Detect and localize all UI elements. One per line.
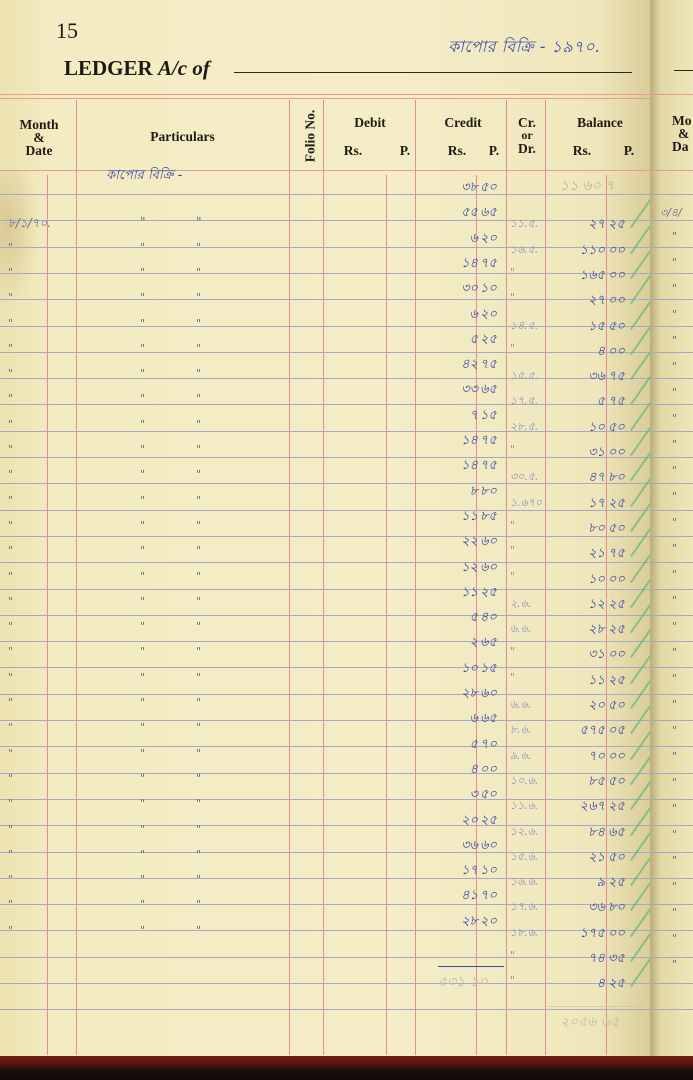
- cell-part2: ": [196, 772, 201, 785]
- balance-total-pencil: ২০৫৬ ৬৫: [560, 1010, 619, 1034]
- ruled-line: [0, 404, 650, 405]
- header-month-date: Month & Date: [10, 118, 68, 157]
- check-tick-icon: [630, 377, 650, 406]
- cell-part1: ": [140, 823, 145, 836]
- cell-part2: ": [196, 645, 201, 658]
- next-page-date: ": [672, 646, 677, 659]
- ruled-line: [0, 326, 650, 327]
- check-tick-icon: [630, 554, 650, 583]
- cell-credit-rs: ২০: [461, 811, 478, 832]
- cell-crdr: ৮.৬.: [510, 721, 531, 740]
- cell-part1: ": [140, 570, 145, 583]
- ruled-line: [650, 878, 693, 879]
- cell-crdr: ": [510, 266, 515, 279]
- ruled-line: [0, 483, 650, 484]
- ruled-line: [0, 720, 650, 721]
- cell-bal-rs: ৯: [597, 873, 605, 894]
- ruled-line: [0, 878, 650, 879]
- cell-credit-rs: ৫: [470, 735, 478, 756]
- ruled-line: [0, 799, 650, 800]
- cell-credit-rs: ২২: [461, 532, 478, 553]
- cell-date: ": [8, 291, 13, 304]
- cell-credit-p: ৫০: [480, 785, 497, 806]
- cell-date: ": [8, 797, 13, 810]
- check-tick-icon: [630, 478, 650, 507]
- ruled-line: [0, 510, 650, 511]
- cell-crdr: ৬.৬.: [510, 696, 531, 715]
- cell-crdr: ১৫.৬.: [510, 848, 538, 867]
- ruled-line: [650, 378, 693, 379]
- cell-part1: ": [140, 443, 145, 456]
- cell-part1: ": [140, 873, 145, 886]
- cell-bal-rs: ১৭: [588, 494, 605, 515]
- cell-date: ": [8, 696, 13, 709]
- cell-crdr: ১৬.৫.: [510, 241, 538, 260]
- cell-part2: ": [196, 291, 201, 304]
- ledger-page: 15 LEDGER A/c of কাপোর বিক্রি - ১৯৭০. Mo…: [0, 0, 650, 1058]
- next-page-title-line: [674, 70, 693, 71]
- ledger-title-prefix: LEDGER: [64, 56, 158, 80]
- check-tick-icon: [630, 731, 650, 760]
- check-tick-icon: [630, 908, 650, 937]
- cell-crdr: ": [510, 519, 515, 532]
- cell-bal-rs: ২৬৭: [580, 797, 605, 818]
- cell-crdr: ": [510, 645, 515, 658]
- cell-part2: ": [196, 392, 201, 405]
- header-top-rule: [0, 94, 650, 95]
- cell-date: ": [8, 671, 13, 684]
- cell-crdr: ২৮.৫.: [510, 418, 538, 437]
- cell-part1: ": [140, 418, 145, 431]
- header-top-rule-2: [0, 98, 650, 99]
- cell-date: ": [8, 848, 13, 861]
- cell-bal-rs: ৪: [597, 974, 605, 995]
- ruled-line: [0, 1009, 650, 1010]
- next-page-header: Mo & Da: [672, 114, 693, 153]
- cell-bal-p: ৫০: [608, 772, 625, 793]
- next-page-date: ": [672, 282, 677, 295]
- next-page-date: ": [672, 828, 677, 841]
- next-page-date: ": [672, 386, 677, 399]
- cell-bal-rs: ৩১: [588, 645, 605, 666]
- cell-crdr: ৩০.৫.: [510, 468, 538, 487]
- cell-crdr: ": [510, 544, 515, 557]
- cell-credit-p: ২০: [480, 305, 497, 326]
- cell-credit-rs: ১৭: [461, 861, 478, 882]
- next-page-date: ": [672, 750, 677, 763]
- cell-credit-p: ১৫: [480, 406, 497, 427]
- cell-bal-p: ০০: [608, 342, 625, 363]
- ruled-line: [650, 562, 693, 563]
- paper-stain: [0, 170, 40, 310]
- cell-date: ": [8, 772, 13, 785]
- ruled-line: [650, 326, 693, 327]
- cell-part2: ": [196, 468, 201, 481]
- ruled-line: [650, 904, 693, 905]
- cell-bal-p: ০০: [608, 570, 625, 591]
- cell-crdr: ১০.৬.: [510, 772, 538, 791]
- header-balance-p: P.: [614, 144, 644, 157]
- check-tick-icon: [630, 199, 650, 228]
- cell-credit-rs: ৩৩: [461, 380, 478, 401]
- ruled-line: [650, 299, 693, 300]
- ruled-line: [650, 641, 693, 642]
- cell-bal-p: ০০: [608, 645, 625, 666]
- cell-bal-rs: ২৭: [588, 215, 605, 236]
- cell-part1: ": [140, 797, 145, 810]
- next-page-date: ": [672, 230, 677, 243]
- cell-bal-rs: ১৫: [588, 317, 605, 338]
- cell-bal-p: ৭৫: [608, 392, 625, 413]
- cell-bal-p: ০০: [608, 924, 625, 945]
- ruled-line: [0, 562, 650, 563]
- cell-bal-rs: ৫: [597, 392, 605, 413]
- cell-crdr: ": [510, 443, 515, 456]
- ruled-line: [0, 930, 650, 931]
- cell-bal-rs: ১২: [588, 595, 605, 616]
- check-tick-icon: [630, 503, 650, 532]
- cell-bal-p: ০০: [608, 291, 625, 312]
- cell-credit-p: ২৫: [480, 583, 497, 604]
- cell-crdr: ": [510, 671, 515, 684]
- cell-part1: ": [140, 645, 145, 658]
- cell-part1: ": [140, 721, 145, 734]
- cell-bal-rs: ২৮: [588, 620, 605, 641]
- check-tick-icon: [630, 579, 650, 608]
- next-page-date: ": [672, 802, 677, 815]
- cell-part1: ": [140, 595, 145, 608]
- cell-bal-rs: ৮৫: [588, 772, 605, 793]
- check-tick-icon: [630, 326, 650, 355]
- cell-bal-p: ৭৫: [608, 544, 625, 565]
- cell-crdr: ১৭.৬.: [510, 898, 538, 917]
- next-page-date: ": [672, 932, 677, 945]
- cell-bal-p: ৮০: [608, 898, 625, 919]
- ruled-line: [650, 1009, 693, 1010]
- cell-bal-p: ২৫: [608, 494, 625, 515]
- ruled-line: [650, 194, 693, 195]
- cell-date: ": [8, 519, 13, 532]
- check-tick-icon: [630, 351, 650, 380]
- cell-bal-p: ০০: [608, 747, 625, 768]
- ledger-title: LEDGER A/c of: [64, 56, 210, 81]
- cell-part2: ": [196, 924, 201, 937]
- next-page-date: ": [672, 958, 677, 971]
- header-bottom-rule: [0, 170, 650, 171]
- cell-credit-p: ২৫: [480, 811, 497, 832]
- cell-credit-p: ২০: [480, 912, 497, 933]
- cell-credit-rs: ৮: [470, 482, 478, 503]
- check-tick-icon: [630, 402, 650, 431]
- ruled-line: [650, 773, 693, 774]
- cell-crdr: ১৭.৫.: [510, 392, 538, 411]
- cell-crdr: ১১.৫.: [510, 215, 538, 234]
- cell-part2: ": [196, 342, 201, 355]
- cell-crdr: ১৮.৬.: [510, 924, 538, 943]
- ruled-line: [0, 694, 650, 695]
- cell-bal-p: ৫০: [608, 848, 625, 869]
- cell-credit-p: ৬০: [480, 532, 497, 553]
- cell-part2: ": [196, 620, 201, 633]
- cell-bal-rs: ১৬৫: [580, 266, 605, 287]
- cell-credit-rs: ৪২: [461, 355, 478, 376]
- cell-part1: ": [140, 848, 145, 861]
- ruled-line: [650, 746, 693, 747]
- ruled-line: [0, 352, 650, 353]
- cell-bal-p: ২৫: [608, 215, 625, 236]
- cell-date: ": [8, 367, 13, 380]
- cell-credit-p: ৮৫: [480, 507, 497, 528]
- ruled-line: [0, 641, 650, 642]
- check-tick-icon: [630, 857, 650, 886]
- cell-crdr: ২.৬.: [510, 595, 531, 614]
- cell-date: ": [8, 898, 13, 911]
- header-cr-or-dr: Cr. or Dr.: [508, 116, 546, 155]
- ruled-line: [650, 536, 693, 537]
- cell-date: ": [8, 747, 13, 760]
- cell-bal-rs: ৩১: [588, 443, 605, 464]
- cell-bal-rs: ১০: [588, 418, 605, 439]
- cell-bal-rs: ৭৪: [588, 949, 605, 970]
- page-number: 15: [56, 18, 78, 44]
- cell-bal-rs: ৪৭: [588, 468, 605, 489]
- cell-credit-p: ৮০: [480, 482, 497, 503]
- ruled-line: [650, 431, 693, 432]
- next-page-date: ": [672, 724, 677, 737]
- cell-credit-rs: ৩: [470, 785, 478, 806]
- check-tick-icon: [630, 832, 650, 861]
- cell-date: ": [8, 721, 13, 734]
- ruled-line: [650, 273, 693, 274]
- cell-credit-rs: ৪১: [461, 886, 478, 907]
- col-line: [76, 100, 77, 1055]
- cell-bal-rs: ২০: [588, 696, 605, 717]
- next-page-date: ": [672, 334, 677, 347]
- cell-part1: ": [140, 696, 145, 709]
- check-tick-icon: [630, 604, 650, 633]
- balance-total-line: [548, 1006, 648, 1007]
- next-page-date: ": [672, 906, 677, 919]
- cell-part1: ": [140, 544, 145, 557]
- header-date: Date: [10, 144, 68, 157]
- next-page-date: ": [672, 516, 677, 529]
- cell-part1: ": [140, 671, 145, 684]
- cell-crdr: ১.৬৭০: [510, 494, 542, 513]
- cell-date: ": [8, 266, 13, 279]
- header-debit-rs: Rs.: [333, 144, 373, 157]
- cell-date: ": [8, 317, 13, 330]
- cell-part2: ": [196, 418, 201, 431]
- ruled-line: [0, 957, 650, 958]
- cell-credit-p: ০০: [480, 760, 497, 781]
- ruled-line: [0, 904, 650, 905]
- cell-bal-rs: ১৭৫: [580, 924, 605, 945]
- cell-bal-rs: ২১: [588, 544, 605, 565]
- cell-part2: ": [196, 215, 202, 229]
- cell-credit-rs: ৬: [470, 709, 478, 730]
- cell-credit-p: ৭০: [480, 735, 497, 756]
- next-page-date: ": [672, 594, 677, 607]
- cell-part2: ": [196, 671, 201, 684]
- header-folio-label: Folio No.: [302, 110, 318, 163]
- ruled-line: [0, 220, 650, 221]
- cell-bal-rs: ২৭: [588, 291, 605, 312]
- account-name-handwritten: কাপোর বিক্রি - ১৯৭০.: [448, 34, 601, 61]
- cell-date: ৮/১/৭০.: [8, 215, 51, 235]
- cell-bal-rs: ৪: [597, 342, 605, 363]
- cell-part2: ": [196, 898, 201, 911]
- next-header-date: Da: [672, 140, 693, 153]
- cell-part2: ": [196, 797, 201, 810]
- col-line: [545, 100, 546, 1055]
- cell-part2: ": [196, 367, 201, 380]
- cell-part1: ": [140, 342, 145, 355]
- check-tick-icon: [630, 807, 650, 836]
- cell-crdr: ": [510, 342, 515, 355]
- cell-bal-p: ০৫: [608, 721, 625, 742]
- ruled-line: [0, 615, 650, 616]
- cell-crdr: ১২.৬.: [510, 823, 538, 842]
- cell-date: ": [8, 544, 13, 557]
- cell-bal-rs: ৩৬: [588, 898, 605, 919]
- ruled-line: [0, 825, 650, 826]
- book-cover-edge: [0, 1056, 693, 1080]
- cell-bal-p: ০০: [608, 443, 625, 464]
- cell-date: ": [8, 570, 13, 583]
- cell-crdr: ৬.৬.: [510, 620, 531, 639]
- cell-part2: ": [196, 570, 201, 583]
- cell-credit-rs: ২৮: [461, 684, 478, 705]
- cell-date: ": [8, 924, 13, 937]
- ruled-line: [0, 773, 650, 774]
- credit-total-pencil: ৫৩১ ১০: [438, 970, 488, 994]
- cell-credit-p: ৭৫: [480, 456, 497, 477]
- cell-crdr: ১১.৬.: [510, 797, 538, 816]
- cell-date: ": [8, 823, 13, 836]
- next-page-date: ": [672, 880, 677, 893]
- cell-date: ": [8, 392, 13, 405]
- cell-bal-p: ০০: [608, 241, 625, 262]
- cell-bal-p: ৩৫: [608, 949, 625, 970]
- cell-part2: ": [196, 696, 201, 709]
- cell-bal-p: ৮০: [608, 468, 625, 489]
- cell-date: ": [8, 595, 13, 608]
- cell-credit-p: ৪০: [480, 608, 497, 629]
- ruled-line: [0, 378, 650, 379]
- next-page-date: ": [672, 464, 677, 477]
- ruled-line: [650, 404, 693, 405]
- cell-part1: ": [140, 468, 145, 481]
- cell-credit-p: ১০: [480, 861, 497, 882]
- cell-part2: ": [196, 823, 201, 836]
- cell-part2: ": [196, 873, 201, 886]
- next-page-date: ": [672, 542, 677, 555]
- cell-part1: ": [140, 367, 145, 380]
- next-page-date: ": [672, 568, 677, 581]
- cell-bal-p: ৭৫: [608, 367, 625, 388]
- cell-credit-p: ৬০: [480, 836, 497, 857]
- cell-credit-p: ৬৫: [480, 709, 497, 730]
- ruled-line: [650, 720, 693, 721]
- credit-total-underline: [438, 966, 504, 967]
- ruled-line: [650, 852, 693, 853]
- cell-credit-rs: ৫৫: [461, 203, 478, 224]
- cell-bal-rs: ৮০: [588, 519, 605, 540]
- cell-credit-p: ১০: [480, 279, 497, 300]
- cell-date: ": [8, 620, 13, 633]
- header-credit: Credit: [418, 116, 508, 129]
- check-tick-icon: [630, 883, 650, 912]
- cell-bal-rs: ৮৪: [588, 823, 605, 844]
- cell-credit-rs: ১৪: [461, 254, 478, 275]
- cell-credit-rs: ৬: [470, 229, 478, 250]
- cell-part2: ": [196, 443, 201, 456]
- cell-part2: ": [196, 747, 201, 760]
- cell-credit-rs: ৩৬: [461, 836, 478, 857]
- ruled-line: [0, 247, 650, 248]
- next-page-date: ": [672, 698, 677, 711]
- cell-crdr: ": [510, 974, 515, 987]
- check-tick-icon: [630, 250, 650, 279]
- cell-credit-rs: ৩০: [461, 279, 478, 300]
- next-page-date: ": [672, 776, 677, 789]
- cell-bal-p: ২৫: [608, 873, 625, 894]
- cell-bal-p: ৫০: [608, 696, 625, 717]
- cell-part2: ": [196, 317, 201, 330]
- cell-date: ": [8, 468, 13, 481]
- next-page-date: ": [672, 360, 677, 373]
- cell-credit-p: ৭৫: [480, 254, 497, 275]
- ruled-line: [650, 589, 693, 590]
- ruled-line: [0, 299, 650, 300]
- ruled-line: [0, 667, 650, 668]
- ruled-line: [650, 247, 693, 248]
- ruled-line: [650, 457, 693, 458]
- next-page-date: ": [672, 256, 677, 269]
- cell-credit-p: ৬৫: [480, 380, 497, 401]
- ruled-line: [0, 457, 650, 458]
- next-page-edge: Mo & Da ৩/৪/""""""""""""""""""""""""""""…: [650, 0, 693, 1058]
- cell-credit-rs: ২৮: [461, 912, 478, 933]
- cell-credit-p: ৭৫: [480, 355, 497, 376]
- cell-part1: ": [140, 291, 145, 304]
- header-balance: Balance: [548, 116, 650, 129]
- cell-part1: ": [140, 519, 145, 532]
- cell-part1: ": [140, 924, 145, 937]
- next-page-date: ": [672, 490, 677, 503]
- cell-credit-rs: ১০: [461, 659, 478, 680]
- cell-part1: ": [140, 241, 145, 254]
- header-credit-p: P.: [479, 144, 509, 157]
- cell-part2: ": [196, 519, 201, 532]
- cell-credit-p: ৬৫: [480, 633, 497, 654]
- cell-part1: ": [140, 266, 145, 279]
- check-tick-icon: [630, 225, 650, 254]
- cell-part1: ": [140, 620, 145, 633]
- header-balance-rs: Rs.: [562, 144, 602, 157]
- col-line: [323, 100, 324, 1055]
- ruled-line: [650, 483, 693, 484]
- next-page-date: ": [672, 672, 677, 685]
- cell-credit-rs: ৪: [470, 760, 478, 781]
- ruled-line: [650, 510, 693, 511]
- check-tick-icon: [630, 630, 650, 659]
- header-debit: Debit: [325, 116, 415, 129]
- ruled-line: [650, 825, 693, 826]
- cell-crdr: ": [510, 570, 515, 583]
- ruled-line: [0, 983, 650, 984]
- cell-part1: ": [140, 215, 146, 229]
